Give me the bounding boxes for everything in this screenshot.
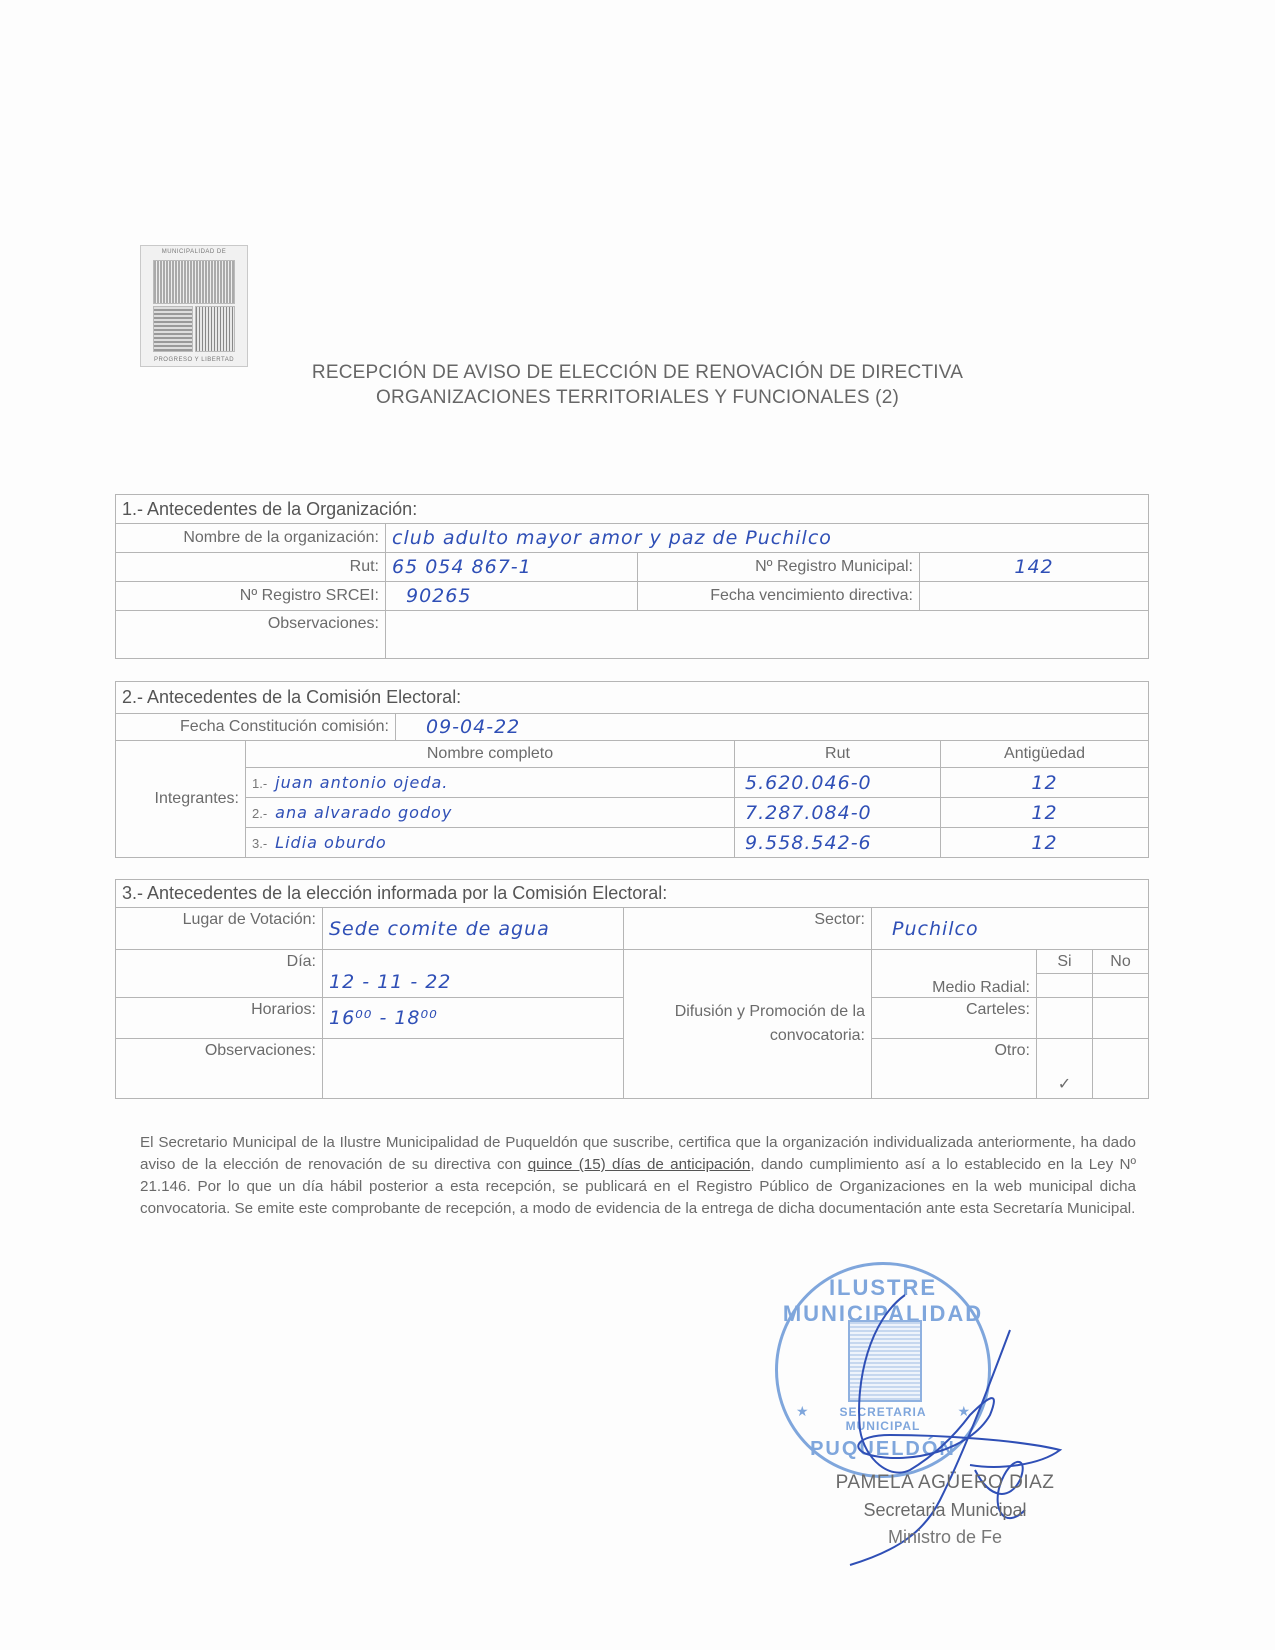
signer-name: PAMELA AGÜERO DIAZ [810, 1472, 1080, 1494]
member-name-cell[interactable]: 1.-juan antonio ojeda. [246, 768, 735, 798]
org-name-field[interactable]: club adulto mayor amor y paz de Puchilco [386, 524, 1149, 553]
otro-label: Otro: [872, 1039, 1037, 1099]
org-name-label: Nombre de la organización: [116, 524, 386, 553]
lugar-votacion-field[interactable]: Sede comite de agua [323, 908, 624, 950]
member-row: 3.-Lidia oburdo 9.558.542-6 12 [116, 828, 1149, 858]
registro-municipal-field[interactable]: 142 [920, 553, 1149, 582]
rut-field[interactable]: 65 054 867-1 [386, 553, 638, 582]
observaciones-field[interactable] [386, 611, 1149, 659]
col-antiguedad-header: Antigüedad [941, 741, 1149, 768]
horarios-field[interactable]: 16⁰⁰ - 18⁰⁰ [323, 998, 624, 1039]
col-rut-header: Rut [735, 741, 941, 768]
registro-srcei-label: Nº Registro SRCEI: [116, 582, 386, 611]
dia-field[interactable]: 12 - 11 - 22 [323, 950, 624, 998]
document-subtitle: ORGANIZACIONES TERRITORIALES Y FUNCIONAL… [0, 387, 1275, 409]
carteles-label: Carteles: [872, 998, 1037, 1039]
municipal-logo: MUNICIPALIDAD DE PROGRESO Y LIBERTAD [140, 245, 248, 367]
election-table: 3.- Antecedentes de la elección informad… [115, 879, 1149, 1099]
member-antiguedad-cell[interactable]: 12 [941, 768, 1149, 798]
col-nombre-header: Nombre completo [246, 741, 735, 768]
certification-text: El Secretario Municipal de la Ilustre Mu… [140, 1132, 1136, 1220]
carteles-si-checkbox[interactable] [1037, 998, 1093, 1039]
member-name-cell[interactable]: 3.-Lidia oburdo [246, 828, 735, 858]
signer-role: Secretaria Municipal [810, 1500, 1080, 1521]
otro-si-checkbox[interactable]: ✓ [1037, 1039, 1093, 1099]
logo-boat-icon [195, 306, 235, 352]
logo-top-text: MUNICIPALIDAD DE [147, 249, 241, 255]
dia-label: Día: [116, 950, 323, 998]
fecha-vencimiento-field[interactable] [920, 582, 1149, 611]
section2-heading: 2.- Antecedentes de la Comisión Electora… [116, 682, 1149, 714]
member-rut-cell[interactable]: 9.558.542-6 [735, 828, 941, 858]
member-rut-cell[interactable]: 7.287.084-0 [735, 798, 941, 828]
rut-label: Rut: [116, 553, 386, 582]
logo-map-icon [153, 260, 235, 304]
fecha-constitucion-label: Fecha Constitución comisión: [116, 714, 396, 741]
member-row: 1.-juan antonio ojeda. 5.620.046-0 12 [116, 768, 1149, 798]
section1-heading: 1.- Antecedentes de la Organización: [116, 495, 1149, 524]
difusion-label: Difusión y Promoción de la convocatoria: [624, 950, 872, 1099]
carteles-no-checkbox[interactable] [1093, 998, 1149, 1039]
medio-radial-no-checkbox[interactable] [1093, 974, 1149, 998]
observaciones-eleccion-field[interactable] [323, 1039, 624, 1099]
medio-radial-si-checkbox[interactable] [1037, 974, 1093, 998]
member-row: 2.-ana alvarado godoy 7.287.084-0 12 [116, 798, 1149, 828]
no-header: No [1093, 950, 1149, 974]
lugar-votacion-label: Lugar de Votación: [116, 908, 323, 950]
integrantes-label: Integrantes: [116, 741, 246, 858]
member-name-cell[interactable]: 2.-ana alvarado godoy [246, 798, 735, 828]
commission-table: 2.- Antecedentes de la Comisión Electora… [115, 681, 1149, 858]
registro-municipal-label: Nº Registro Municipal: [638, 553, 920, 582]
si-header: Si [1037, 950, 1093, 974]
member-antiguedad-cell[interactable]: 12 [941, 828, 1149, 858]
logo-trees-icon [153, 306, 193, 352]
otro-no-checkbox[interactable] [1093, 1039, 1149, 1099]
member-rut-cell[interactable]: 5.620.046-0 [735, 768, 941, 798]
fecha-vencimiento-label: Fecha vencimiento directiva: [638, 582, 920, 611]
sector-field[interactable]: Puchilco [872, 908, 1149, 950]
sector-label: Sector: [624, 908, 872, 950]
observaciones-label: Observaciones: [116, 611, 386, 659]
anticipation-emphasis: quince (15) días de anticipación [528, 1156, 751, 1173]
signer-title: Ministro de Fe [810, 1527, 1080, 1548]
horarios-label: Horarios: [116, 998, 323, 1039]
observaciones-eleccion-label: Observaciones: [116, 1039, 323, 1099]
registro-srcei-field[interactable]: 90265 [386, 582, 638, 611]
medio-radial-label: Medio Radial: [872, 974, 1037, 998]
fecha-constitucion-field[interactable]: 09-04-22 [396, 714, 1149, 741]
member-antiguedad-cell[interactable]: 12 [941, 798, 1149, 828]
document-title: RECEPCIÓN DE AVISO DE ELECCIÓN DE RENOVA… [0, 362, 1275, 384]
section3-heading: 3.- Antecedentes de la elección informad… [116, 880, 1149, 908]
organization-table: 1.- Antecedentes de la Organización: Nom… [115, 494, 1149, 659]
